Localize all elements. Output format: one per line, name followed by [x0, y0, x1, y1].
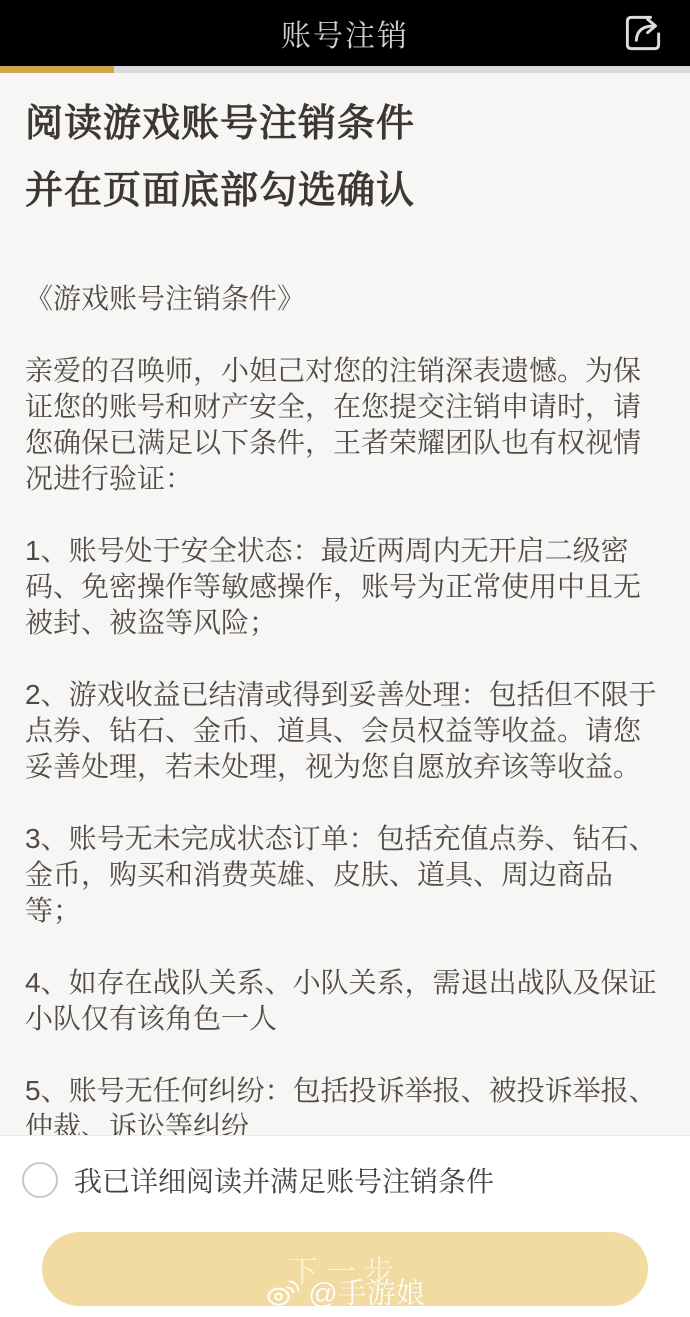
- agree-checkbox-label: 我已详细阅读并满足账号注销条件: [74, 1160, 494, 1200]
- intro-paragraph: 亲爱的召唤师，小妲己对您的注销深表遗憾。为保证您的账号和财产安全，在您提交注销申…: [25, 353, 665, 497]
- page-title: 账号注销: [281, 11, 409, 55]
- page-heading: 阅读游戏账号注销条件 并在页面底部勾选确认: [25, 91, 665, 225]
- agree-row[interactable]: 我已详细阅读并满足账号注销条件: [0, 1136, 690, 1200]
- agree-checkbox[interactable]: [22, 1162, 58, 1198]
- doc-title: 《游戏账号注销条件》: [25, 281, 665, 317]
- progress-fill: [0, 66, 114, 73]
- share-icon: [618, 8, 668, 58]
- heading-line-2: 并在页面底部勾选确认: [25, 170, 415, 212]
- condition-item-3: 3、账号无未完成状态订单：包括充值点券、钻石、金币，购买和消费英雄、皮肤、道具、…: [25, 821, 665, 929]
- next-step-button[interactable]: 下一步: [42, 1232, 648, 1306]
- app-bar: 账号注销: [0, 0, 690, 66]
- agreement-content: 阅读游戏账号注销条件 并在页面底部勾选确认 《游戏账号注销条件》 亲爱的召唤师，…: [0, 73, 690, 1135]
- condition-item-1: 1、账号处于安全状态：最近两周内无开启二级密码、免密操作等敏感操作，账号为正常使…: [25, 533, 665, 641]
- progress-bar: [0, 66, 690, 73]
- share-button[interactable]: [618, 8, 668, 58]
- footer-panel: 我已详细阅读并满足账号注销条件 下一步 @手游娘: [0, 1135, 690, 1317]
- condition-item-2: 2、游戏收益已结清或得到妥善处理：包括但不限于点券、钻石、金币、道具、会员权益等…: [25, 677, 665, 785]
- condition-item-5: 5、账号无任何纠纷：包括投诉举报、被投诉举报、仲裁、诉讼等纠纷: [25, 1073, 665, 1135]
- condition-item-4: 4、如存在战队关系、小队关系，需退出战队及保证小队仅有该角色一人: [25, 965, 665, 1037]
- heading-line-1: 阅读游戏账号注销条件: [25, 103, 415, 145]
